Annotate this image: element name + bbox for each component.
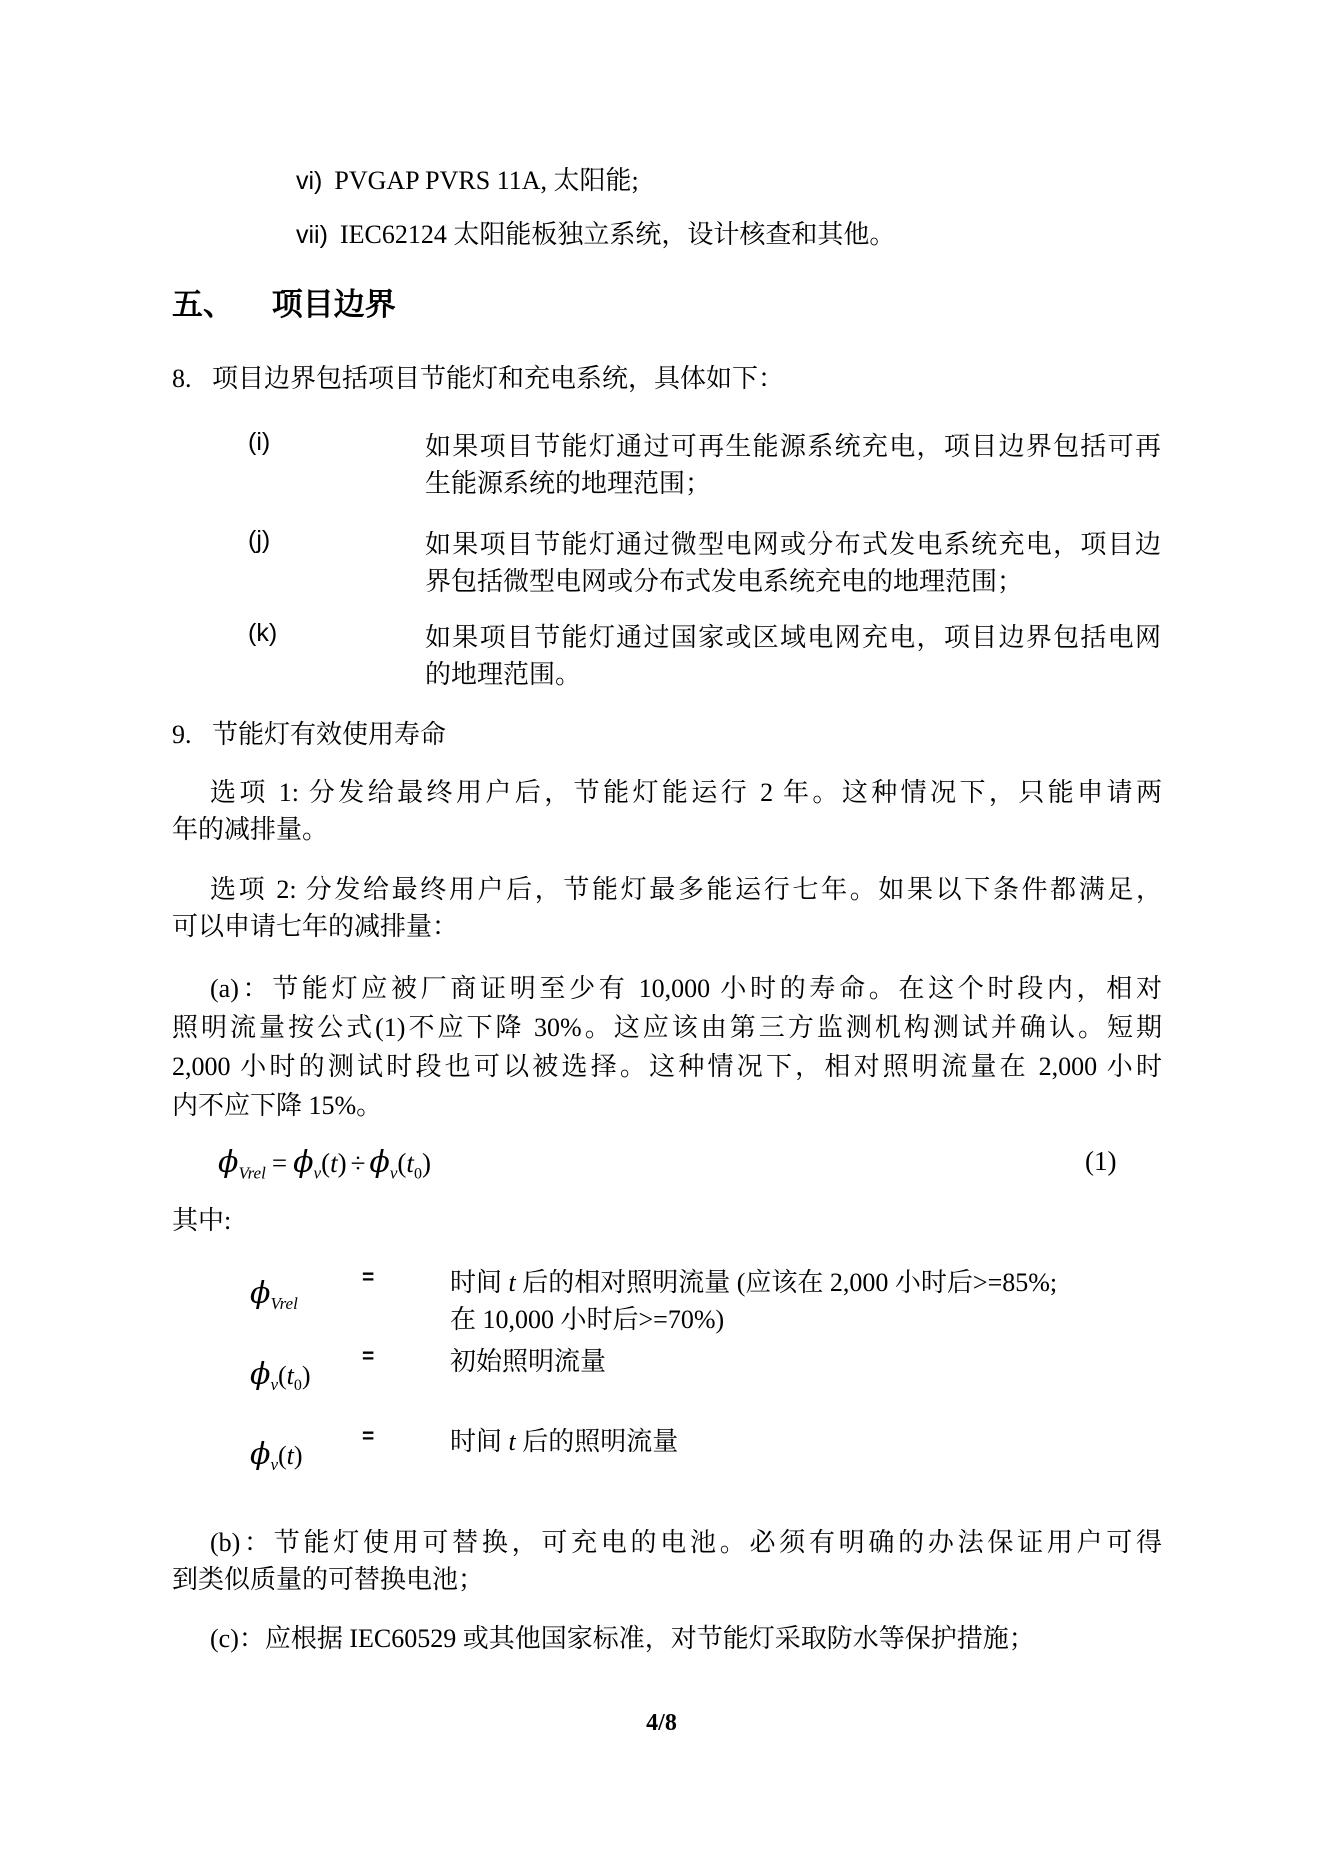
paragraph-b: (b)：节能灯使用可替换，可充电的电池。必须有明确的办法保证用户可得 到类似质量… — [172, 1524, 1162, 1598]
paragraph-8-number: 8. — [172, 364, 192, 393]
paragraph-9-number: 9. — [172, 720, 192, 749]
where-label: 其中: — [172, 1202, 231, 1239]
boundary-item-k-line1: 如果项目节能灯通过国家或区域电网充电，项目边界包括电网 — [425, 619, 1161, 656]
section-number: 五、 — [172, 287, 234, 322]
boundary-item-i-line1: 如果项目节能灯通过可再生能源系统充电，项目边界包括可再 — [425, 428, 1161, 465]
phi-vrel-symbol: ϕ — [218, 1145, 238, 1180]
paragraph-c-line1: (c)：应根据 IEC60529 或其他国家标准，对节能灯采取防水等保护措施； — [172, 1620, 1162, 1657]
definition-equals: = — [362, 1425, 374, 1449]
paragraph-a-line3: 2,000 小时的测试时段也可以被选择。这种情况下，相对照明流量在 2,000 … — [172, 1047, 1162, 1086]
boundary-item-i-label: (i) — [248, 428, 270, 457]
time-variable: t — [330, 1148, 338, 1178]
section-title: 项目边界 — [272, 287, 396, 322]
paragraph-c: (c)：应根据 IEC60529 或其他国家标准，对节能灯采取防水等保护措施； — [172, 1620, 1162, 1657]
definition-equals: = — [362, 1266, 374, 1290]
option1-line2: 年的减排量。 — [172, 811, 1162, 848]
paragraph-b-line1: (b)：节能灯使用可替换，可充电的电池。必须有明确的办法保证用户可得 — [172, 1524, 1162, 1561]
list-item-vii-label: vii) — [296, 217, 328, 254]
paragraph-8-text: 项目边界包括项目节能灯和充电系统，具体如下： — [212, 364, 784, 393]
paragraph-a: (a)：节能灯应被厂商证明至少有 10,000 小时的寿命。在这个时段内，相对 … — [172, 969, 1162, 1125]
phi-v-symbol: ϕ — [293, 1145, 313, 1180]
option2-line2: 可以申请七年的减排量： — [172, 908, 1162, 945]
divide-sign: ÷ — [347, 1148, 370, 1178]
paragraph-9-text: 节能灯有效使用寿命 — [212, 720, 446, 749]
boundary-item-j-label: (j) — [248, 526, 270, 555]
list-item-vi-label: vi) — [296, 163, 322, 200]
page-number: 4/8 — [0, 1710, 1323, 1737]
equation-1: ϕVrel=ϕv(t)÷ϕv(t0) — [218, 1146, 431, 1191]
paragraph-a-line1: (a)：节能灯应被厂商证明至少有 10,000 小时的寿命。在这个时段内，相对 — [172, 969, 1162, 1008]
paragraph-9: 9. 节能灯有效使用寿命 — [172, 716, 446, 753]
boundary-item-k-label: (k) — [248, 619, 277, 648]
paragraph-a-line2: 照明流量按公式(1)不应下降 30%。这应该由第三方监测机构测试并确认。短期 — [172, 1008, 1162, 1047]
definition-equals: = — [362, 1345, 374, 1369]
list-item-vi-text: PVGAP PVRS 11A, 太阳能; — [334, 162, 638, 199]
option1-paragraph: 选项 1: 分发给最终用户后，节能灯能运行 2 年。这种情况下，只能申请两 年的… — [172, 774, 1162, 848]
boundary-item-j-text: 如果项目节能灯通过微型电网或分布式发电系统充电，项目边 界包括微型电网或分布式发… — [425, 526, 1161, 600]
list-item-vii: vii) IEC62124 太阳能板独立系统，设计核查和其他。 — [296, 216, 895, 254]
equation-number: (1) — [1085, 1146, 1116, 1177]
option1-line1: 选项 1: 分发给最终用户后，节能灯能运行 2 年。这种情况下，只能申请两 — [172, 774, 1162, 811]
boundary-item-k-line2: 的地理范围。 — [425, 656, 1161, 693]
boundary-item-j-line1: 如果项目节能灯通过微型电网或分布式发电系统充电，项目边 — [425, 526, 1161, 563]
list-item-vi: vi) PVGAP PVRS 11A, 太阳能; — [296, 162, 639, 200]
definition-desc-phi-v-t: 时间 t 后的照明流量 — [450, 1423, 1162, 1460]
definition-symbol-phi-vrel: ϕVrel — [250, 1276, 298, 1314]
list-item-vii-text: IEC62124 太阳能板独立系统，设计核查和其他。 — [340, 216, 895, 253]
option2-paragraph: 选项 2: 分发给最终用户后，节能灯最多能运行七年。如果以下条件都满足， 可以申… — [172, 871, 1162, 945]
boundary-item-i-line2: 生能源系统的地理范围； — [425, 465, 1161, 502]
paragraph-a-line4: 内不应下降 15%。 — [172, 1086, 1162, 1125]
option2-line1: 选项 2: 分发给最终用户后，节能灯最多能运行七年。如果以下条件都满足， — [172, 871, 1162, 908]
document-page: vi) PVGAP PVRS 11A, 太阳能; vii) IEC62124 太… — [0, 0, 1323, 1871]
paragraph-8: 8. 项目边界包括项目节能灯和充电系统，具体如下： — [172, 360, 784, 397]
boundary-item-k-text: 如果项目节能灯通过国家或区域电网充电，项目边界包括电网 的地理范围。 — [425, 619, 1161, 693]
paragraph-b-line2: 到类似质量的可替换电池； — [172, 1561, 1162, 1598]
boundary-item-j-line2: 界包括微型电网或分布式发电系统充电的地理范围； — [425, 563, 1161, 600]
definition-desc-phi-v-t0: 初始照明流量 — [450, 1343, 1162, 1380]
boundary-item-i-text: 如果项目节能灯通过可再生能源系统充电，项目边界包括可再 生能源系统的地理范围； — [425, 428, 1161, 502]
section-heading: 五、 项目边界 — [172, 286, 396, 324]
definition-symbol-phi-v-t0: ϕv(t0) — [250, 1357, 311, 1395]
definition-symbol-phi-v-t: ϕv(t) — [250, 1437, 303, 1475]
equals-sign: = — [266, 1148, 293, 1178]
definition-desc-phi-vrel: 时间 t 后的相对照明流量 (应该在 2,000 小时后>=85%; 在 10,… — [450, 1264, 1162, 1338]
phi-v-symbol: ϕ — [369, 1145, 389, 1180]
